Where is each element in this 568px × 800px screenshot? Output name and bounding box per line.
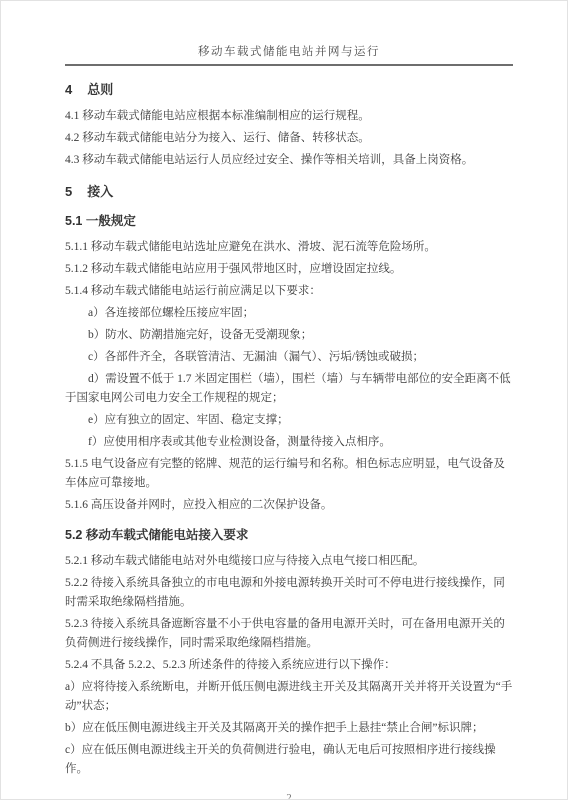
clause-5-1-4: 5.1.4 移动车载式储能电站运行前应满足以下要求： [65, 282, 513, 301]
clause-5-1-5: 5.1.5 电气设备应有完整的铭牌、规范的运行编号和名称。相色标志应明显，电气设… [65, 455, 513, 493]
item-5-2-4-a: a）应将待接入系统断电，并断开低压侧电源进线主开关及其隔离开关并将开关设置为“手… [65, 678, 513, 716]
item-5-1-4-b: b）防水、防潮措施完好，设备无受潮现象； [65, 326, 513, 345]
document-page: 移动车载式储能电站并网与运行 4总则 4.1 移动车载式储能电站应根据本标准编制… [1, 1, 568, 800]
heading-5-2: 5.2 移动车载式储能电站接入要求 [65, 526, 513, 545]
clause-4-2: 4.2 移动车载式储能电站分为接入、运行、储备、转移状态。 [65, 129, 513, 148]
heading-5: 5接入 [65, 182, 513, 201]
clause-5-2-4: 5.2.4 不具备 5.2.2、5.2.3 所述条件的待接入系统应进行以下操作： [65, 656, 513, 675]
item-5-1-4-f: f）应使用相序表或其他专业检测设备，测量待接入点相序。 [65, 433, 513, 452]
page-header: 移动车载式储能电站并网与运行 [65, 43, 513, 66]
item-5-1-4-e: e）应有独立的固定、牢固、稳定支撑； [65, 411, 513, 430]
clause-5-1-1: 5.1.1 移动车载式储能电站选址应避免在洪水、滑坡、泥石流等危险场所。 [65, 238, 513, 257]
clause-5-2-1: 5.2.1 移动车载式储能电站对外电缆接口应与待接入点电气接口相匹配。 [65, 552, 513, 571]
running-title: 移动车载式储能电站并网与运行 [198, 46, 380, 58]
clause-5-2-2: 5.2.2 待接入系统具备独立的市电电源和外接电源转换开关时可不停电进行接线操作… [65, 574, 513, 612]
heading-4: 4总则 [65, 80, 513, 99]
clause-5-2-3: 5.2.3 待接入系统具备遮断容量不小于供电容量的备用电源开关时，可在备用电源开… [65, 615, 513, 653]
heading-4-number: 4 [65, 82, 72, 97]
item-5-1-4-d: d）需设置不低于 1.7 米固定围栏（墙），围栏（墙）与车辆带电部位的安全距离不… [65, 370, 513, 408]
item-5-2-4-c: c）应在低压侧电源进线主开关的负荷侧进行验电，确认无电后可按照相序进行接线操作。 [65, 741, 513, 779]
heading-5-number: 5 [65, 184, 72, 199]
clause-4-3: 4.3 移动车载式储能电站运行人员应经过安全、操作等相关培训，具备上岗资格。 [65, 151, 513, 170]
clause-4-1: 4.1 移动车载式储能电站应根据本标准编制相应的运行规程。 [65, 107, 513, 126]
page-number: 2 [65, 792, 513, 800]
heading-5-title: 接入 [87, 184, 113, 199]
document-content: 4总则 4.1 移动车载式储能电站应根据本标准编制相应的运行规程。 4.2 移动… [65, 66, 513, 779]
clause-5-1-2: 5.1.2 移动车载式储能电站应用于强风带地区时，应增设固定拉线。 [65, 260, 513, 279]
heading-5-1: 5.1 一般规定 [65, 212, 513, 231]
clause-5-1-6: 5.1.6 高压设备并网时，应投入相应的二次保护设备。 [65, 496, 513, 515]
item-5-2-4-b: b）应在低压侧电源进线主开关及其隔离开关的操作把手上悬挂“禁止合闸”标识牌； [65, 719, 513, 738]
heading-4-title: 总则 [87, 82, 113, 97]
item-5-1-4-a: a）各连接部位螺栓压接应牢固； [65, 304, 513, 323]
item-5-1-4-c: c）各部件齐全，各联管清洁、无漏油（漏气）、污垢/锈蚀或破损； [65, 348, 513, 367]
